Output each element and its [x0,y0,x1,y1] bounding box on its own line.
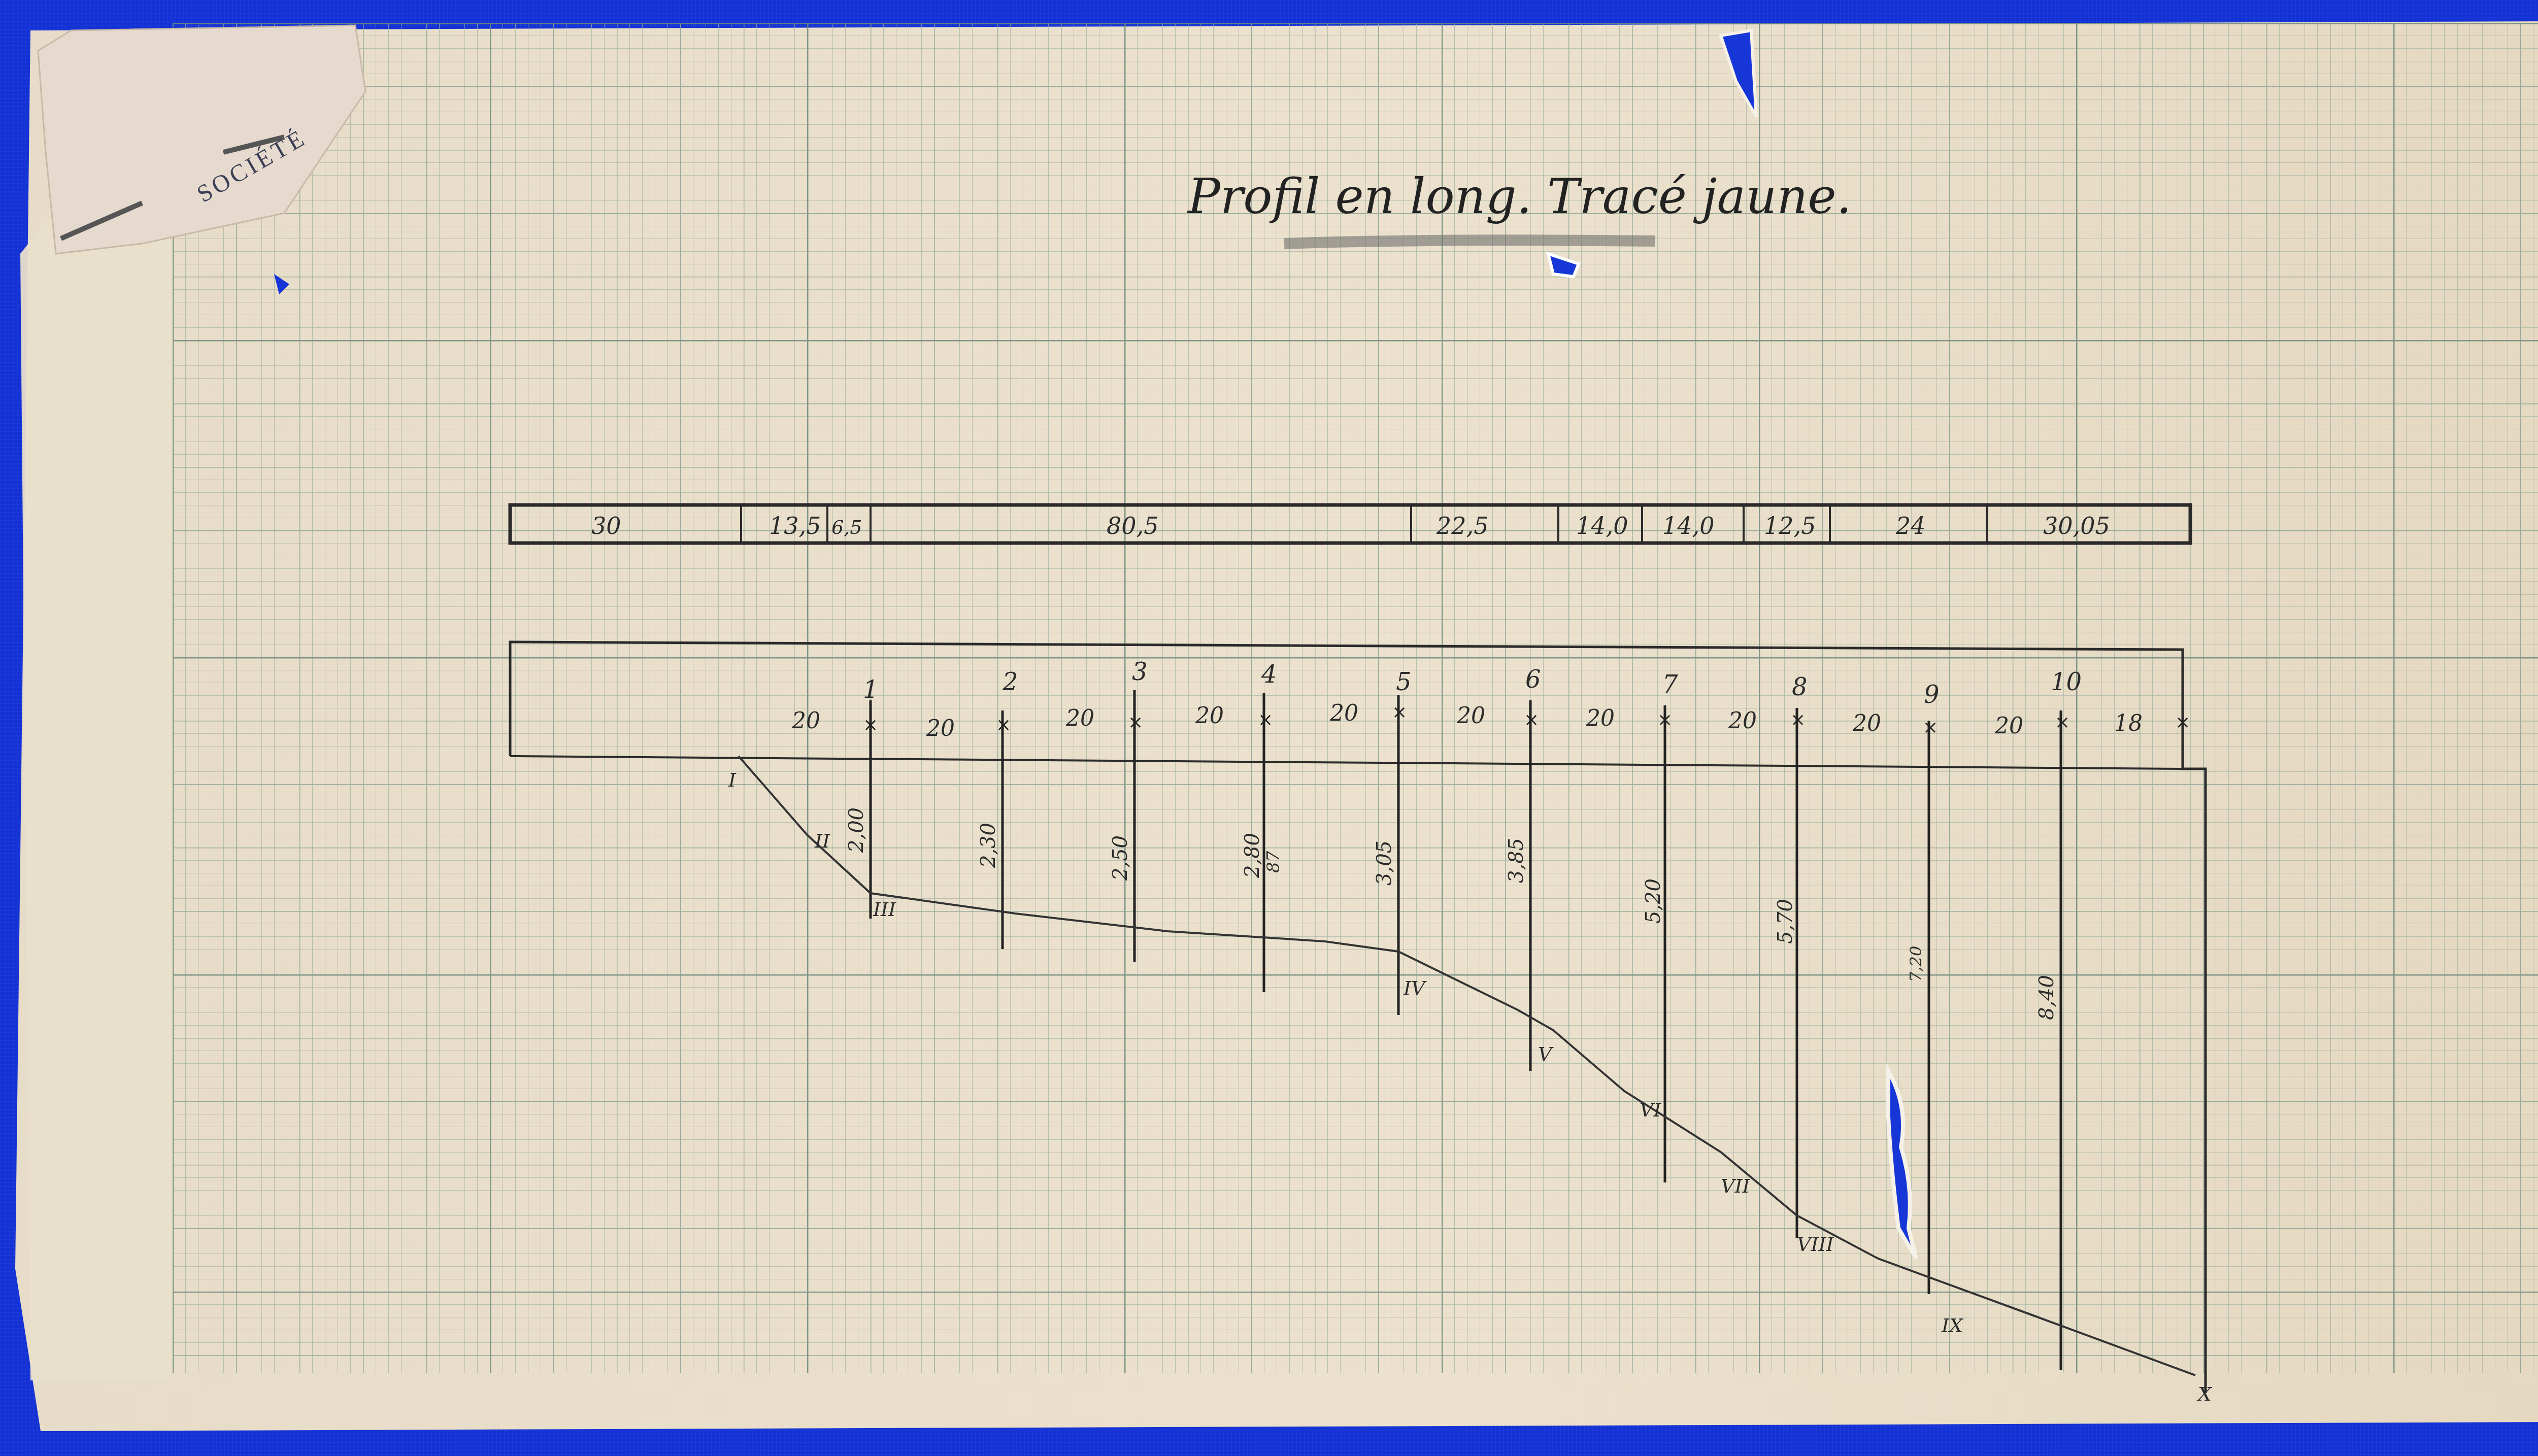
left-margin [20,61,173,1380]
table-cell: 14,0 [1576,512,1628,539]
svg-text:×: × [863,715,878,735]
station-spacing: 20 [1586,705,1615,731]
table-cell: 80,5 [1107,512,1158,539]
svg-text:×: × [996,715,1011,735]
depth-label: 2,30 [977,823,1000,868]
table-cell: 14,0 [1662,512,1714,539]
table-cell: 12,5 [1764,512,1816,539]
profile-point-label: I [728,769,737,791]
depth-label: 8,40 [2035,975,2058,1020]
profile-point-label: III [873,898,896,921]
table-cell: 24 [1895,512,1926,539]
station-spacing: 20 [1456,703,1485,729]
document-title: Profil en long. Tracé jaune. [1187,169,1852,225]
station-spacing: 20 [791,708,820,734]
depth-label: 2,50 [1109,835,1132,881]
station-number: 1 [863,675,879,704]
profile-point-label: VII [1721,1175,1750,1197]
station-spacing: 20 [1065,705,1094,731]
svg-text:×: × [1923,717,1938,738]
station-number: 4 [1261,660,1277,689]
station-number: 8 [1792,673,1808,701]
graph-paper-sheet: SOCIÉTÉ Profil en long. Tracé jaune. 30 … [0,0,2538,1456]
table-cell: 6,5 [831,516,862,538]
station-number: 3 [1132,658,1148,686]
station-number: 5 [1396,668,1412,696]
table-cell: 13,5 [769,512,821,539]
station-number: 7 [1662,670,1678,699]
depth-label: 2,00 [845,807,868,853]
profile-point-label: IV [1403,977,1427,999]
svg-text:×: × [1524,709,1539,730]
depth-label: 3,05 [1373,840,1396,886]
table-cell: 30,05 [2043,512,2110,539]
svg-text:×: × [1392,702,1407,723]
profile-point-label: V [1538,1043,1554,1065]
svg-text:×: × [1128,712,1143,733]
station-spacing: 20 [1195,703,1224,729]
station-spacing: 20 [1329,700,1358,726]
station-spacing: 18 [2114,710,2143,736]
table-cell: 22,5 [1436,512,1488,539]
svg-text:×: × [1790,709,1806,730]
station-spacing: 20 [1728,708,1757,734]
station-number: 10 [2051,668,2082,696]
station-number: 9 [1924,681,1940,709]
profile-point-label: VIII [1797,1233,1834,1256]
svg-text:×: × [1657,709,1673,730]
profile-point-label: IX [1941,1314,1964,1337]
depth-label: 3,85 [1505,838,1528,883]
table-cell: 30 [591,512,621,539]
svg-text:×: × [2055,712,2070,733]
svg-text:×: × [2175,712,2190,733]
profile-point-label: II [814,830,830,852]
station-spacing: 20 [1994,713,2023,739]
station-spacing: 20 [926,716,955,741]
depth-label: 5,70 [1774,899,1797,944]
title-underline [1284,240,1655,244]
profile-point-label: X [2196,1383,2213,1405]
svg-text:×: × [1258,709,1273,730]
station-spacing: 20 [1852,710,1881,736]
depth-label: 2,80 [1241,833,1264,878]
depth-label: 7,20 [1906,946,1925,982]
depth-label: 5,20 [1642,878,1665,924]
depth-annotation: 87 [1263,851,1284,873]
station-number: 6 [1525,665,1541,694]
profile-point-label: VI [1640,1099,1661,1121]
station-number: 2 [1002,668,1018,696]
